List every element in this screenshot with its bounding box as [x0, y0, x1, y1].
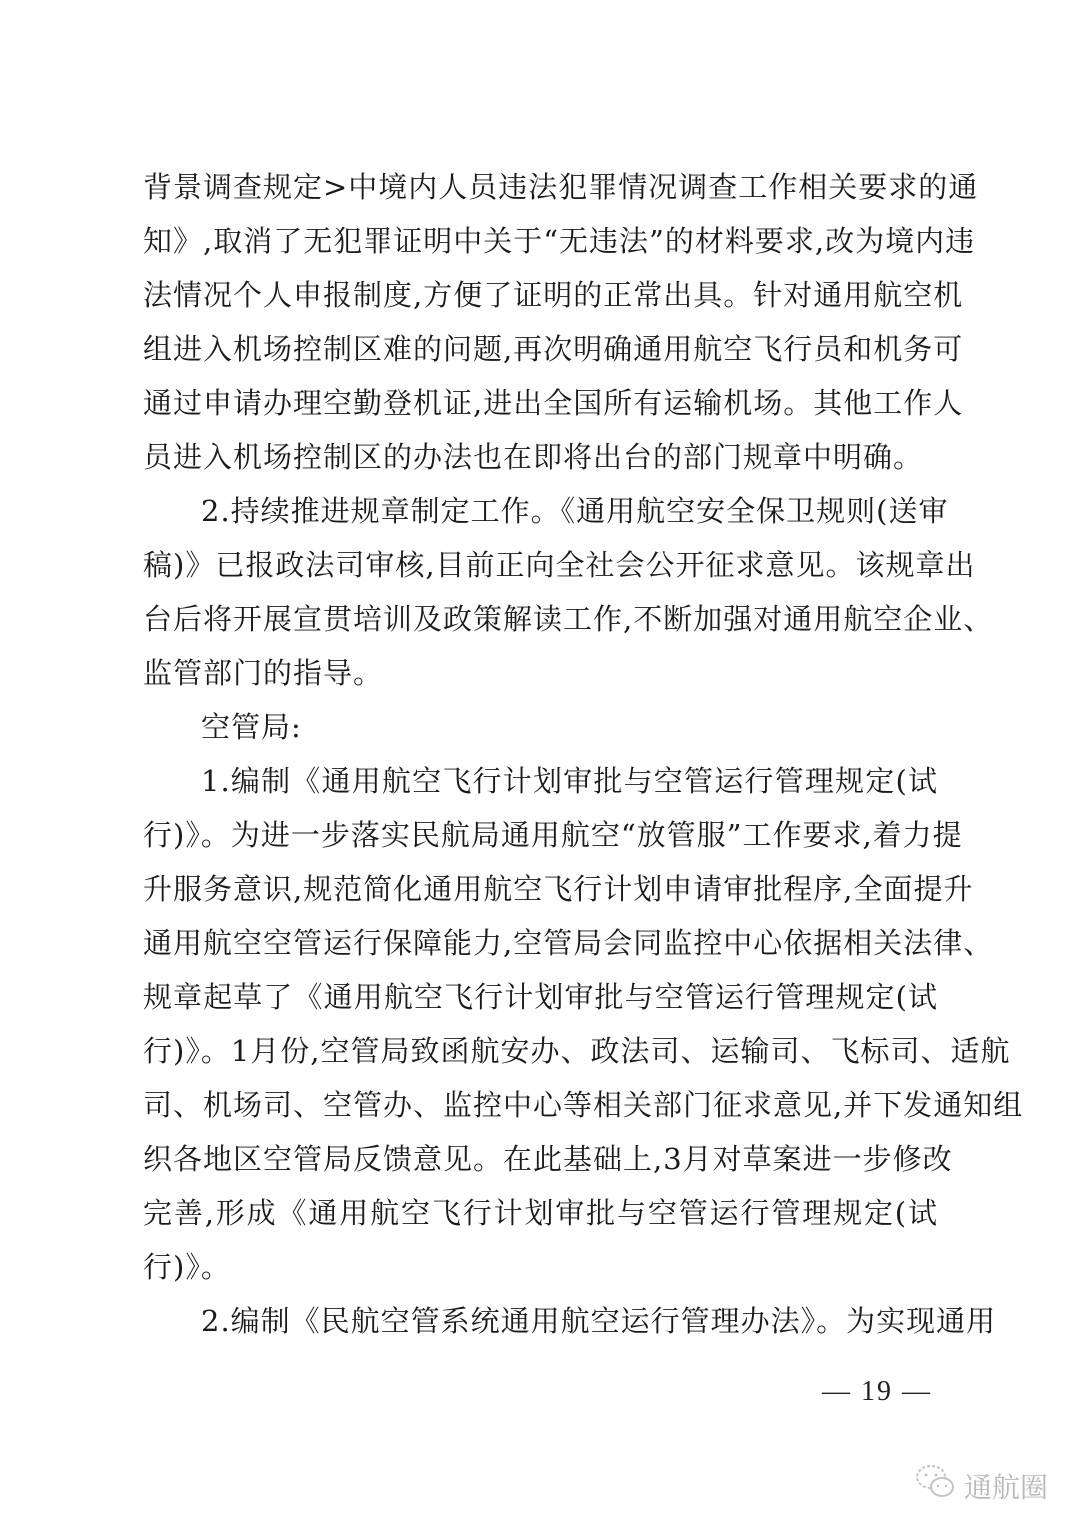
body-line: 法情况个人申报制度,方便了证明的正常出具。针对通用航空机 — [143, 268, 938, 322]
body-line: 通用航空空管运行保障能力,空管局会同监控中心依据相关法律、 — [143, 916, 938, 970]
wechat-icon — [914, 1462, 958, 1509]
body-line: 行)》。 — [143, 1240, 938, 1294]
body-line: 升服务意识,规范简化通用航空飞行计划申请审批程序,全面提升 — [143, 862, 938, 916]
body-line: 行)》。为进一步落实民航局通用航空“放管服”工作要求,着力提 — [143, 808, 938, 862]
paragraph-start-line: 1.编制《通用航空飞行计划审批与空管运行管理规定(试 — [143, 754, 938, 808]
body-line: 通过申请办理空勤登机证,进出全国所有运输机场。其他工作人 — [143, 376, 938, 430]
body-line: 监管部门的指导。 — [143, 646, 938, 700]
body-line: 行)》。1月份,空管局致函航安办、政法司、运输司、飞标司、适航 — [143, 1024, 938, 1078]
document-body: 背景调查规定>中境内人员违法犯罪情况调查工作相关要求的通 知》,取消了无犯罪证明… — [143, 160, 938, 1348]
watermark-label: 通航圈 — [964, 1466, 1048, 1506]
page-number: — 19 — — [822, 1376, 932, 1408]
section-heading: 空管局: — [143, 700, 938, 754]
body-line: 司、机场司、空管办、监控中心等相关部门征求意见,并下发通知组 — [143, 1078, 938, 1132]
body-line: 知》,取消了无犯罪证明中关于“无违法”的材料要求,改为境内违 — [143, 214, 938, 268]
body-line: 规章起草了《通用航空飞行计划审批与空管运行管理规定(试 — [143, 970, 938, 1024]
body-line: 稿)》已报政法司审核,目前正向全社会公开征求意见。该规章出 — [143, 538, 938, 592]
body-line: 织各地区空管局反馈意见。在此基础上,3月对草案进一步修改 — [143, 1132, 938, 1186]
body-line: 完善,形成《通用航空飞行计划审批与空管运行管理规定(试 — [143, 1186, 938, 1240]
watermark: 通航圈 — [914, 1462, 1048, 1509]
body-line: 员进入机场控制区的办法也在即将出台的部门规章中明确。 — [143, 430, 938, 484]
paragraph-start-line: 2.编制《民航空管系统通用航空运行管理办法》。为实现通用 — [143, 1294, 938, 1348]
body-line: 背景调查规定>中境内人员违法犯罪情况调查工作相关要求的通 — [143, 160, 938, 214]
body-line: 组进入机场控制区难的问题,再次明确通用航空飞行员和机务可 — [143, 322, 938, 376]
body-line: 台后将开展宣贯培训及政策解读工作,不断加强对通用航空企业、 — [143, 592, 938, 646]
paragraph-start-line: 2.持续推进规章制定工作。《通用航空安全保卫规则(送审 — [143, 484, 938, 538]
document-page: 背景调查规定>中境内人员违法犯罪情况调查工作相关要求的通 知》,取消了无犯罪证明… — [0, 0, 1080, 1527]
